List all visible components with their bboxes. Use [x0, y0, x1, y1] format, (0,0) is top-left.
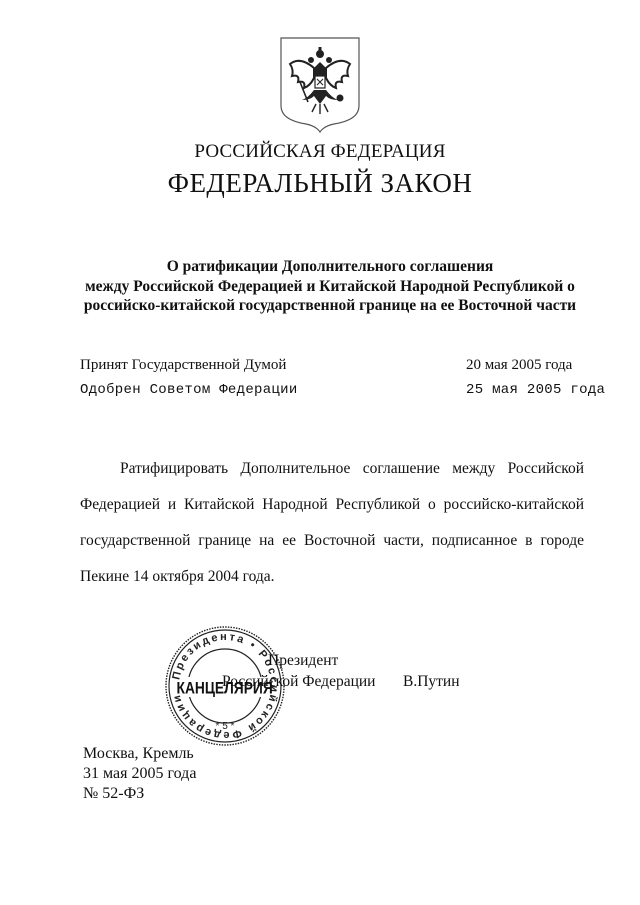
law-title-line: между Российской Федерацией и Китайской …: [70, 277, 590, 297]
coat-of-arms-icon: [278, 34, 362, 134]
svg-text:* 5 *: * 5 *: [216, 721, 235, 732]
signing-details: Москва, Кремль 31 мая 2005 года № 52-ФЗ: [83, 744, 196, 804]
signing-place: Москва, Кремль: [83, 744, 196, 764]
document-page: РОССИЙСКАЯ ФЕДЕРАЦИЯ ФЕДЕРАЛЬНЫЙ ЗАКОН О…: [0, 0, 640, 905]
law-title: О ратификации Дополнительного соглашения…: [70, 257, 590, 316]
duma-adoption-date: 20 мая 2005 года: [466, 357, 572, 374]
signatory-position-line2: Российской Федерации: [222, 673, 375, 691]
council-approval-label: Одобрен Советом Федерации: [80, 382, 298, 398]
signatory-position-line1: Президент: [268, 652, 338, 670]
law-type-heading: ФЕДЕРАЛЬНЫЙ ЗАКОН: [0, 168, 640, 199]
council-approval-date: 25 мая 2005 года: [466, 382, 605, 398]
country-heading: РОССИЙСКАЯ ФЕДЕРАЦИЯ: [0, 141, 640, 163]
law-body-paragraph: Ратифицировать Дополнительное соглашение…: [80, 451, 584, 595]
signing-date: 31 мая 2005 года: [83, 764, 196, 784]
law-title-line: О ратификации Дополнительного соглашения: [70, 257, 590, 277]
signatory-name: В.Путин: [403, 673, 460, 691]
duma-adoption-label: Принят Государственной Думой: [80, 357, 286, 374]
law-title-line: российско-китайской государственной гран…: [70, 296, 590, 316]
law-number: № 52-ФЗ: [83, 784, 196, 804]
